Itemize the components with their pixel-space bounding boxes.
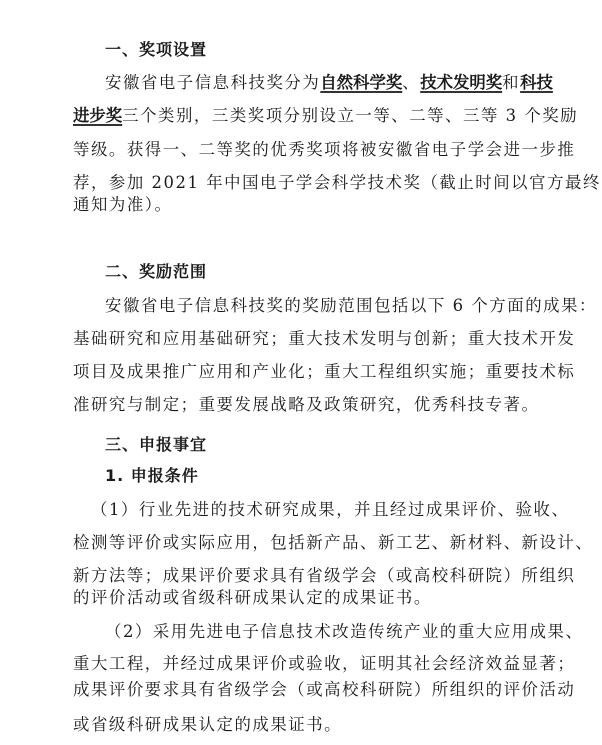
paragraph-line: 等级。获得一、二等奖的优秀奖项将被安徽省电子学会进一步推: [73, 138, 533, 162]
award-natural-science: 自然科学奖: [320, 73, 402, 92]
paragraph-line: 进步奖三个类别，三类奖项分别设立一等、二等、三等 3 个奖励: [73, 104, 533, 128]
paragraph-line: （2）采用先进电子信息技术改造传统产业的重大应用成果、: [105, 620, 533, 644]
paragraph-line: 的评价活动或省级科研成果认定的成果证书。: [73, 586, 533, 610]
paragraph-line: 通知为准）。: [73, 193, 533, 217]
award-tech-invention: 技术发明奖: [420, 73, 502, 92]
text-span: 和: [502, 73, 520, 92]
subheading-application-conditions: 1. 申报条件: [105, 464, 533, 488]
paragraph-line: 新方法等；成果评价要求具有省级学会（或高校科研院）所组织: [73, 564, 533, 588]
paragraph-line: 或省级科研成果认定的成果证书。: [73, 713, 533, 737]
section-heading-award-settings: 一、奖项设置: [105, 38, 533, 62]
paragraph-line: 安徽省电子信息科技奖的奖励范围包括以下 6 个方面的成果：: [105, 294, 533, 318]
section-heading-application: 三、申报事宜: [105, 433, 533, 457]
paragraph-line: 基础研究和应用基础研究；重大技术发明与创新；重大技术开发: [73, 327, 533, 351]
paragraph-line: 荐，参加 2021 年中国电子学会科学技术奖（截止时间以官方最终: [73, 171, 533, 195]
text-span: 、: [402, 73, 420, 92]
paragraph-line: 检测等评价或实际应用，包括新产品、新工艺、新材料、新设计、: [73, 531, 533, 555]
award-sci-tech-progress: 科技: [520, 73, 553, 92]
paragraph-line: 成果评价要求具有省级学会（或高校科研院）所组织的评价活动: [73, 678, 533, 702]
paragraph-line: 准研究与制定；重要发展战略及政策研究，优秀科技专著。: [73, 393, 533, 417]
paragraph-line: 重大工程，并经过成果评价或验收，证明其社会经济效益显著；: [73, 652, 533, 676]
text-span: 安徽省电子信息科技奖分为: [105, 73, 320, 92]
paragraph-line: 安徽省电子信息科技奖分为自然科学奖、技术发明奖和科技: [105, 71, 533, 95]
award-sci-tech-progress: 进步奖: [73, 106, 122, 125]
section-heading-award-scope: 二、奖励范围: [105, 260, 533, 284]
paragraph-line: （1）行业先进的技术研究成果，并且经过成果评价、验收、: [91, 498, 533, 522]
paragraph-line: 项目及成果推广应用和产业化；重大工程组织实施；重要技术标: [73, 360, 533, 384]
text-span: 三个类别，三类奖项分别设立一等、二等、三等 3 个奖励: [122, 106, 578, 125]
